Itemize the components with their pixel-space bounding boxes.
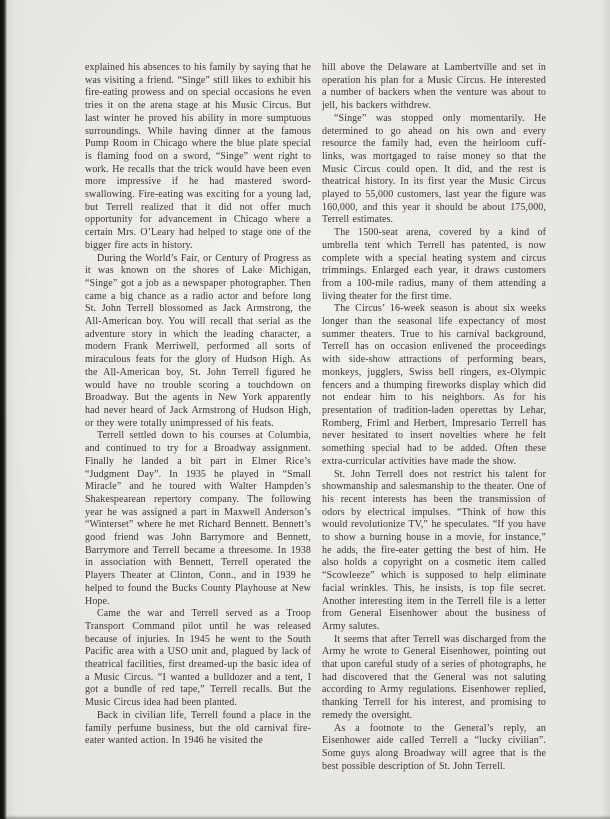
paragraph: Back in civilian life, Terrell found a p… <box>85 710 311 748</box>
scan-edge-bottom <box>0 815 610 819</box>
paragraph: Came the war and Terrell served as a Tro… <box>85 608 311 710</box>
paragraph: The Circus’ 16-week season is about six … <box>322 303 546 468</box>
paragraph: During the World’s Fair, or Century of P… <box>85 253 311 431</box>
paragraph: It seems that after Terrell was discharg… <box>322 634 546 723</box>
scanned-page: explained his absences to his family by … <box>0 0 610 819</box>
paragraph: Terrell settled down to his courses at C… <box>85 430 311 608</box>
paragraph: “Singe” was stopped only momentarily. He… <box>322 113 546 227</box>
scan-edge-left <box>0 0 7 819</box>
paragraph: The 1500-seat arena, covered by a kind o… <box>322 227 546 303</box>
paragraph: hill above the Delaware at Lambertville … <box>322 62 546 113</box>
paragraph: explained his absences to his family by … <box>85 62 311 253</box>
right-column: hill above the Delaware at Lambertville … <box>322 62 546 773</box>
paragraph: St. John Terrell does not restrict his t… <box>322 469 546 634</box>
paragraph: As a footnote to the General’s reply, an… <box>322 723 546 774</box>
left-column: explained his absences to his family by … <box>85 62 311 748</box>
